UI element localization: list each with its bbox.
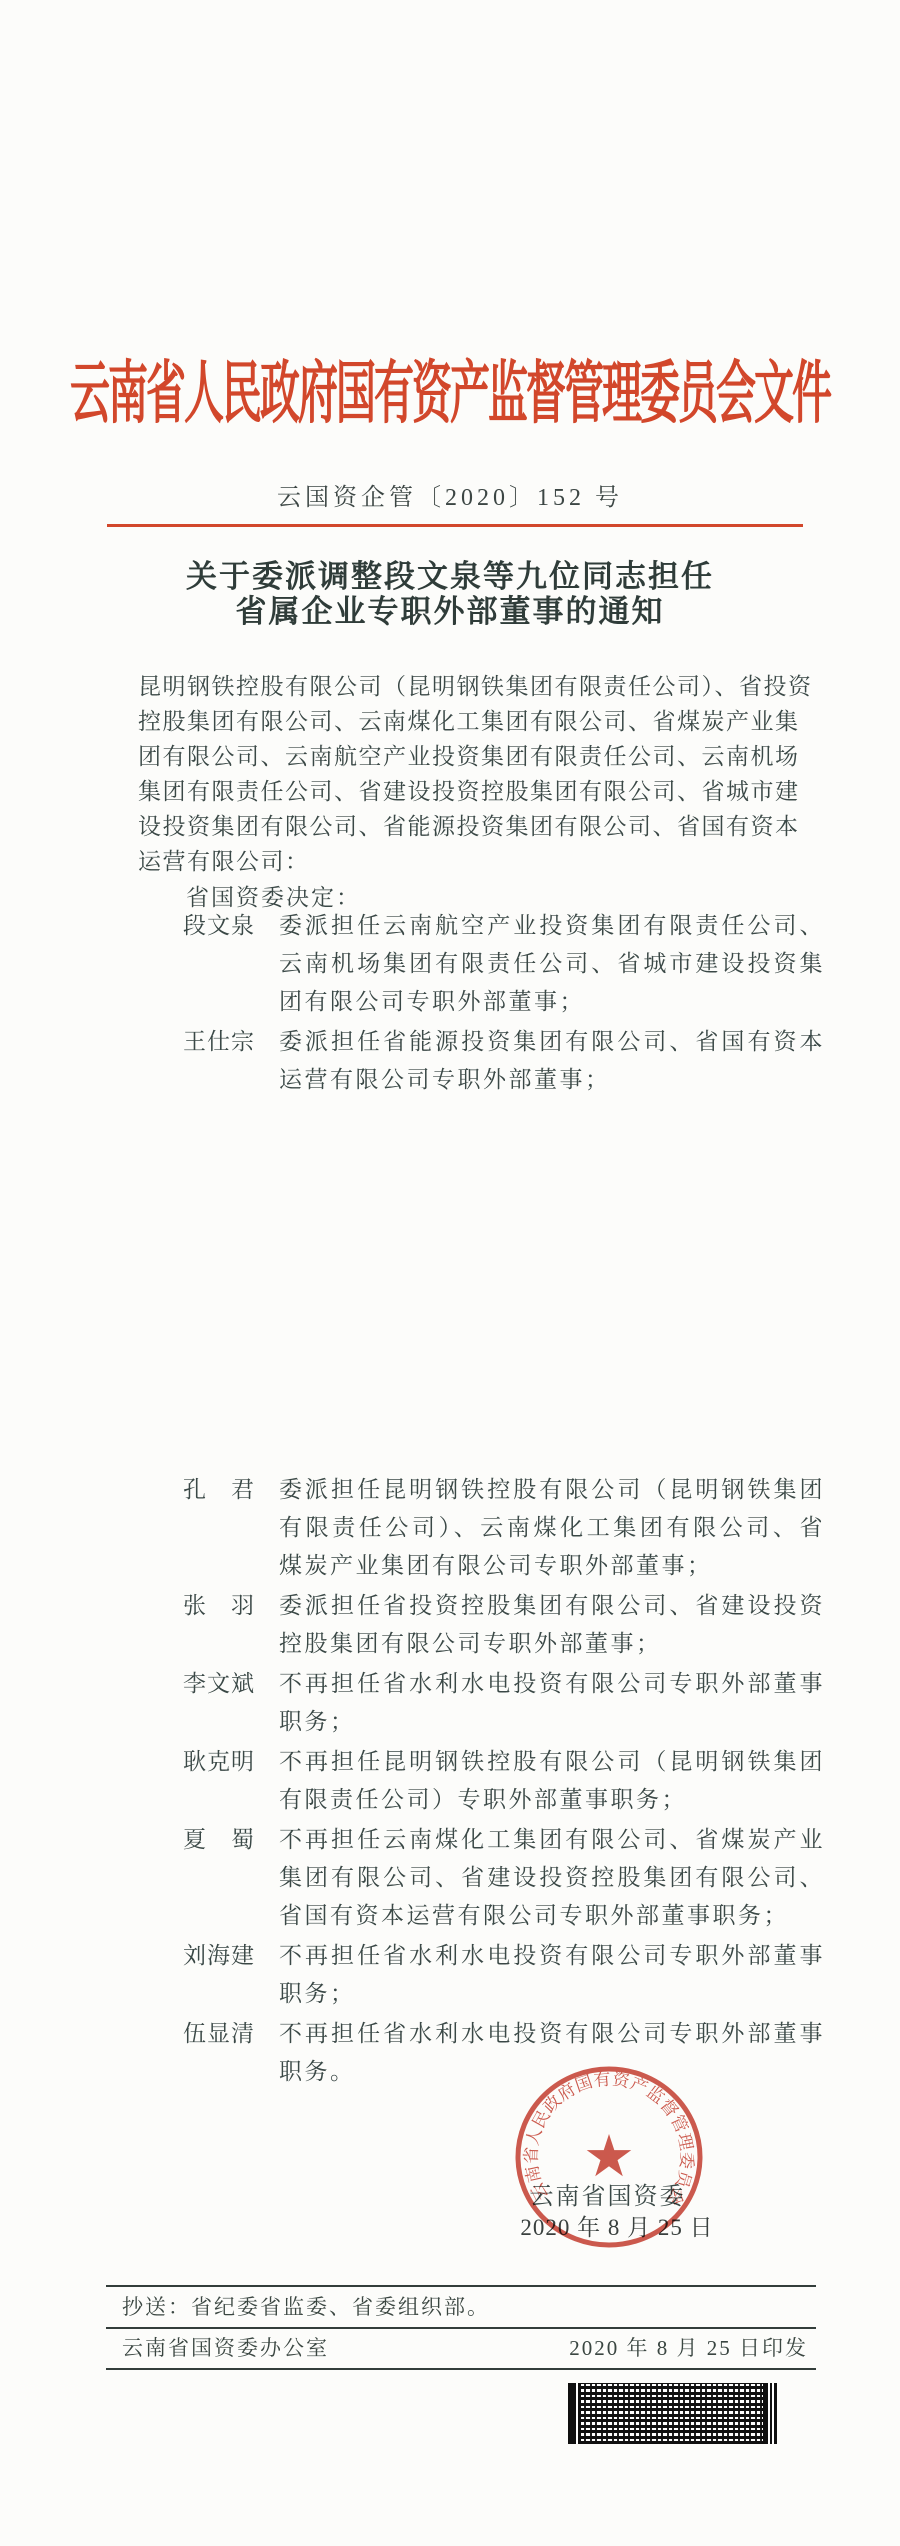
person-name: 伍显清	[183, 2015, 259, 2091]
document-title: 关于委派调整段文泉等九位同志担任 省属企业专职外部董事的通知	[0, 559, 900, 629]
paragraph-line: 集团有限责任公司、省建设投资控股集团有限公司、省城市建	[138, 774, 822, 809]
person-name: 张 羽	[183, 1587, 259, 1663]
footer-table: 抄送：省纪委省监委、省委组织部。 云南省国资委办公室 2020 年 8 月 25…	[106, 2285, 816, 2370]
appointment-text: 不再担任省水利水电投资有限公司专职外部董事职务；	[279, 1665, 825, 1741]
appointment-entry: 夏 蜀 不再担任云南煤化工集团有限公司、省煤炭产业集团有限公司、省建设投资控股集…	[183, 1821, 831, 1935]
appointment-entry: 耿克明 不再担任昆明钢铁控股有限公司（昆明钢铁集团有限责任公司）专职外部董事职务…	[183, 1743, 831, 1819]
seal-star-icon: ★	[583, 2124, 635, 2189]
appointment-text: 不再担任省水利水电投资有限公司专职外部董事职务；	[279, 1937, 825, 2013]
appointment-entry: 张 羽 委派担任省投资控股集团有限公司、省建设投资控股集团有限公司专职外部董事；	[183, 1587, 831, 1663]
document-header-banner: 云南省人民政府国有资产监督管理委员会文件	[0, 340, 900, 437]
paragraph-line: 团有限公司、云南航空产业投资集团有限责任公司、云南机场	[138, 739, 822, 774]
document-number: 云国资企管〔2020〕152 号	[0, 477, 900, 512]
official-seal: 云南省人民政府国有资产监督管理委员会 ★	[511, 2063, 708, 2253]
appointment-text: 委派担任云南航空产业投资集团有限责任公司、云南机场集团有限责任公司、省城市建设投…	[279, 907, 825, 1021]
appointment-entry: 孔 君 委派担任昆明钢铁控股有限公司（昆明钢铁集团有限责任公司）、云南煤化工集团…	[183, 1471, 831, 1585]
person-name: 耿克明	[183, 1743, 259, 1819]
recipients-paragraph: 昆明钢铁控股有限公司（昆明钢铁集团有限责任公司）、省投资 控股集团有限公司、云南…	[138, 669, 822, 879]
issuer-row: 云南省国资委办公室 2020 年 8 月 25 日印发	[106, 2329, 816, 2368]
appointments-group-1: 段文泉 委派担任云南航空产业投资集团有限责任公司、云南机场集团有限责任公司、省城…	[183, 907, 831, 1101]
appointment-text: 委派担任省投资控股集团有限公司、省建设投资控股集团有限公司专职外部董事；	[279, 1587, 825, 1663]
person-name: 夏 蜀	[183, 1821, 259, 1935]
appointment-text: 委派担任昆明钢铁控股有限公司（昆明钢铁集团有限责任公司）、云南煤化工集团有限公司…	[279, 1471, 825, 1585]
document-barcode	[568, 2383, 777, 2444]
paragraph-line: 昆明钢铁控股有限公司（昆明钢铁集团有限责任公司）、省投资	[138, 669, 822, 704]
issuer-text: 云南省国资委办公室	[122, 2329, 329, 2368]
appointment-text: 不再担任昆明钢铁控股有限公司（昆明钢铁集团有限责任公司）专职外部董事职务；	[279, 1743, 825, 1819]
person-name: 王仕宗	[183, 1023, 259, 1099]
appointments-group-2: 孔 君 委派担任昆明钢铁控股有限公司（昆明钢铁集团有限责任公司）、云南煤化工集团…	[183, 1471, 831, 2093]
appointment-entry: 王仕宗 委派担任省能源投资集团有限公司、省国有资本运营有限公司专职外部董事；	[183, 1023, 831, 1099]
red-divider-rule	[107, 524, 803, 527]
person-name: 李文斌	[183, 1665, 259, 1741]
cc-row: 抄送：省纪委省监委、省委组织部。	[106, 2287, 816, 2329]
person-name: 刘海建	[183, 1937, 259, 2013]
cc-text: 抄送：省纪委省监委、省委组织部。	[122, 2295, 490, 2319]
document-title-line1: 关于委派调整段文泉等九位同志担任	[0, 559, 900, 594]
appointment-entry: 李文斌 不再担任省水利水电投资有限公司专职外部董事职务；	[183, 1665, 831, 1741]
appointment-text: 委派担任省能源投资集团有限公司、省国有资本运营有限公司专职外部董事；	[279, 1023, 825, 1099]
document-title-line2: 省属企业专职外部董事的通知	[0, 594, 900, 629]
appointment-entry: 伍显清 不再担任省水利水电投资有限公司专职外部董事职务。	[183, 2015, 831, 2091]
person-name: 孔 君	[183, 1471, 259, 1585]
paragraph-line: 设投资集团有限公司、省能源投资集团有限公司、省国有资本	[138, 809, 822, 844]
document-page: 云南省人民政府国有资产监督管理委员会文件 云国资企管〔2020〕152 号 关于…	[0, 0, 900, 2546]
appointment-entry: 段文泉 委派担任云南航空产业投资集团有限责任公司、云南机场集团有限责任公司、省城…	[183, 907, 831, 1021]
print-date-text: 2020 年 8 月 25 日印发	[569, 2329, 808, 2368]
paragraph-line: 控股集团有限公司、云南煤化工集团有限公司、省煤炭产业集	[138, 704, 822, 739]
appointment-text: 不再担任云南煤化工集团有限公司、省煤炭产业集团有限公司、省建设投资控股集团有限公…	[279, 1821, 825, 1935]
person-name: 段文泉	[183, 907, 259, 1021]
paragraph-line: 运营有限公司：	[138, 844, 822, 879]
appointment-entry: 刘海建 不再担任省水利水电投资有限公司专职外部董事职务；	[183, 1937, 831, 2013]
